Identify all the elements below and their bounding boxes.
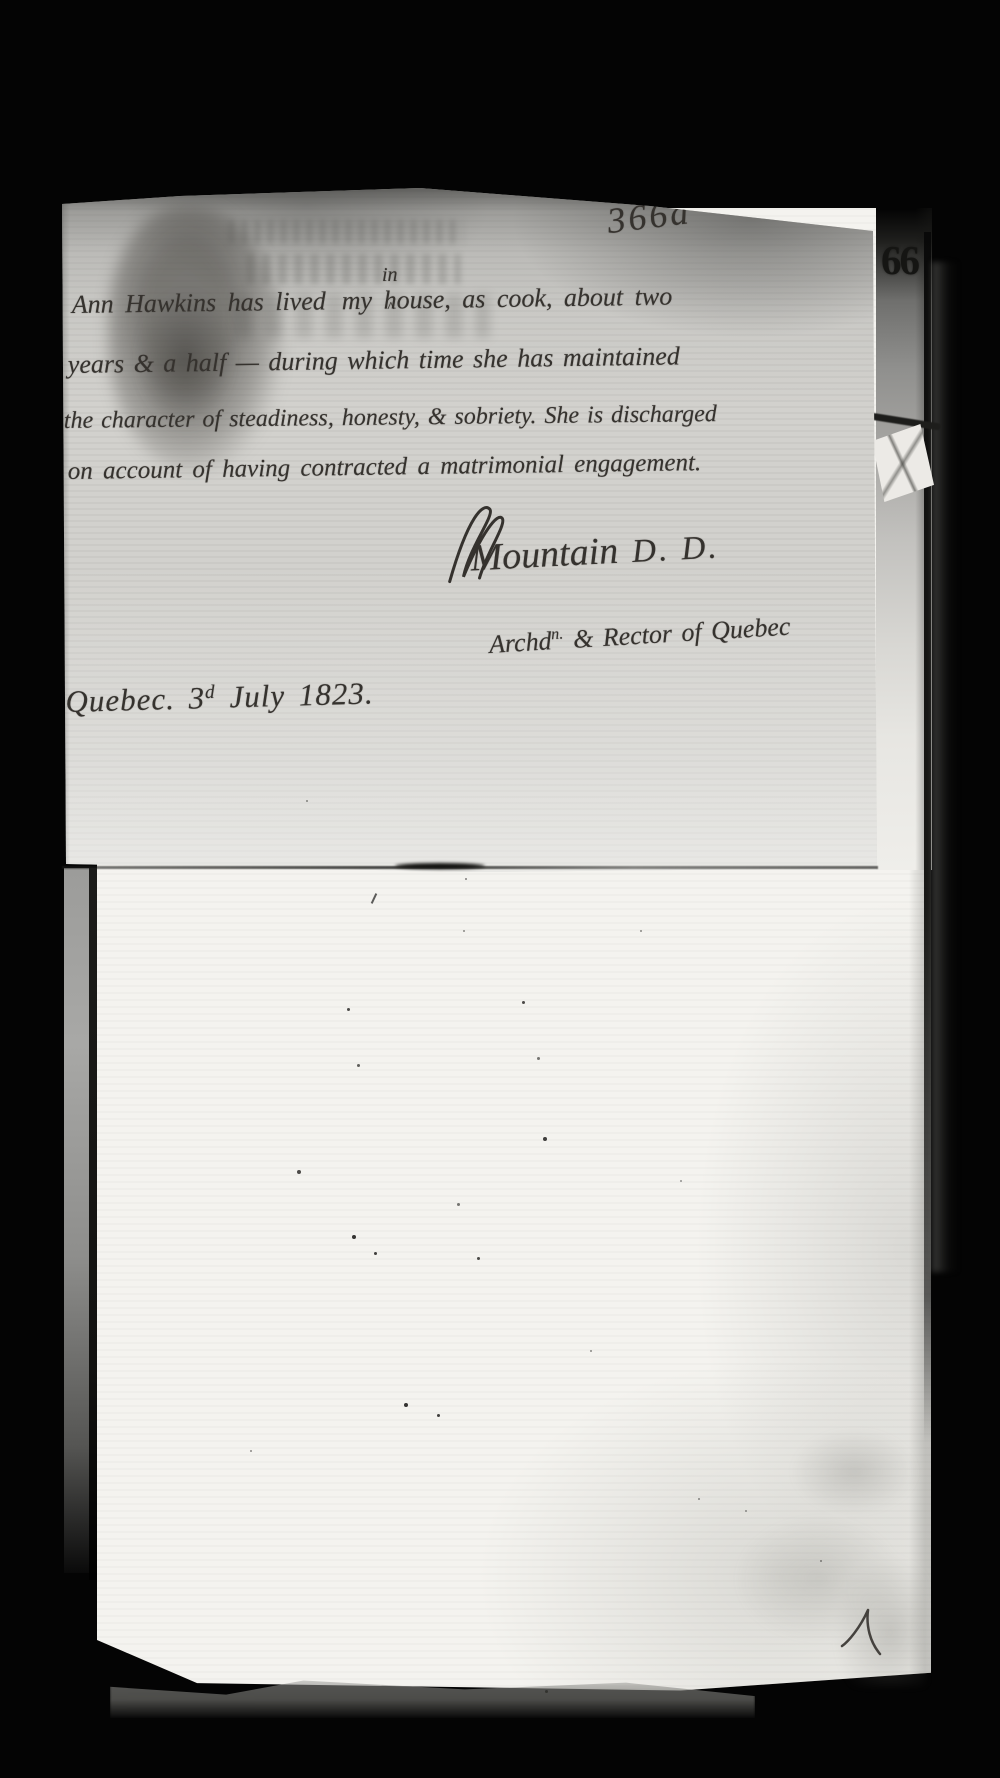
dust-speck — [545, 1690, 548, 1693]
left-page-edge-line — [89, 868, 98, 1580]
signature-name: Mountain — [469, 530, 619, 580]
line1-before: Ann Hawkins has lived — [72, 286, 326, 319]
dust-speck — [820, 1560, 822, 1562]
date-place: Quebec. — [65, 681, 175, 719]
paper-mottling — [688, 1418, 926, 1686]
dust-speck — [590, 1350, 592, 1352]
dust-speck — [477, 1257, 480, 1260]
insertion-caret: ^ — [387, 300, 393, 317]
scanned-document-scene: 66 366a Ann Hawkins has livedmy house, a… — [0, 0, 1000, 1778]
signature-credentials: D. D. — [631, 529, 720, 570]
dust-speck — [698, 1498, 700, 1500]
dust-speck — [357, 1064, 360, 1067]
dust-speck — [352, 1235, 356, 1239]
showthrough-print-line-1 — [228, 220, 463, 244]
date-ordinal: d — [205, 682, 216, 703]
title-abbr: Archd — [488, 626, 552, 659]
date-day: 3 — [188, 680, 205, 715]
dust-speck — [463, 930, 465, 932]
dust-speck — [522, 1001, 525, 1004]
dust-speck — [465, 878, 467, 880]
dust-speck — [537, 1057, 540, 1060]
clergy-title-line: Archdn. & Rector of Quebec — [488, 612, 791, 660]
underlying-page-right-edge — [924, 232, 931, 1442]
signature: MountainD. D. — [437, 486, 720, 588]
dust-speck — [543, 1137, 547, 1141]
dust-speck — [347, 1008, 350, 1011]
dust-speck — [297, 1170, 301, 1174]
dust-speck — [437, 1414, 440, 1417]
pen-mark — [840, 1606, 884, 1658]
folio-stamp-number: 66 — [881, 236, 918, 284]
dust-speck — [404, 1403, 408, 1407]
showthrough-print-line-2 — [246, 254, 461, 284]
insertion-word: in — [382, 264, 398, 287]
dust-speck — [250, 1450, 252, 1452]
dust-speck — [374, 1252, 377, 1255]
date-rest: July 1823. — [229, 675, 374, 714]
date-line: Quebec. 3d July 1823. — [65, 675, 374, 720]
dust-speck — [680, 1180, 682, 1182]
book-edge-shadow — [932, 262, 959, 1272]
title-superscript: n. — [551, 625, 564, 643]
dust-speck — [745, 1510, 747, 1512]
handwriting-line-3: the character of steadiness, honesty, & … — [64, 401, 717, 435]
archival-number: 366a — [605, 190, 693, 242]
dust-speck — [457, 1203, 460, 1206]
letter-document: 366a Ann Hawkins has livedmy house, as c… — [60, 184, 882, 876]
dust-speck — [306, 800, 308, 802]
dust-speck — [640, 930, 642, 932]
letter-bottom-crease-dark — [395, 863, 485, 869]
left-page-edge-strip — [64, 868, 89, 1573]
title-rest: & Rector of Quebec — [572, 612, 791, 654]
